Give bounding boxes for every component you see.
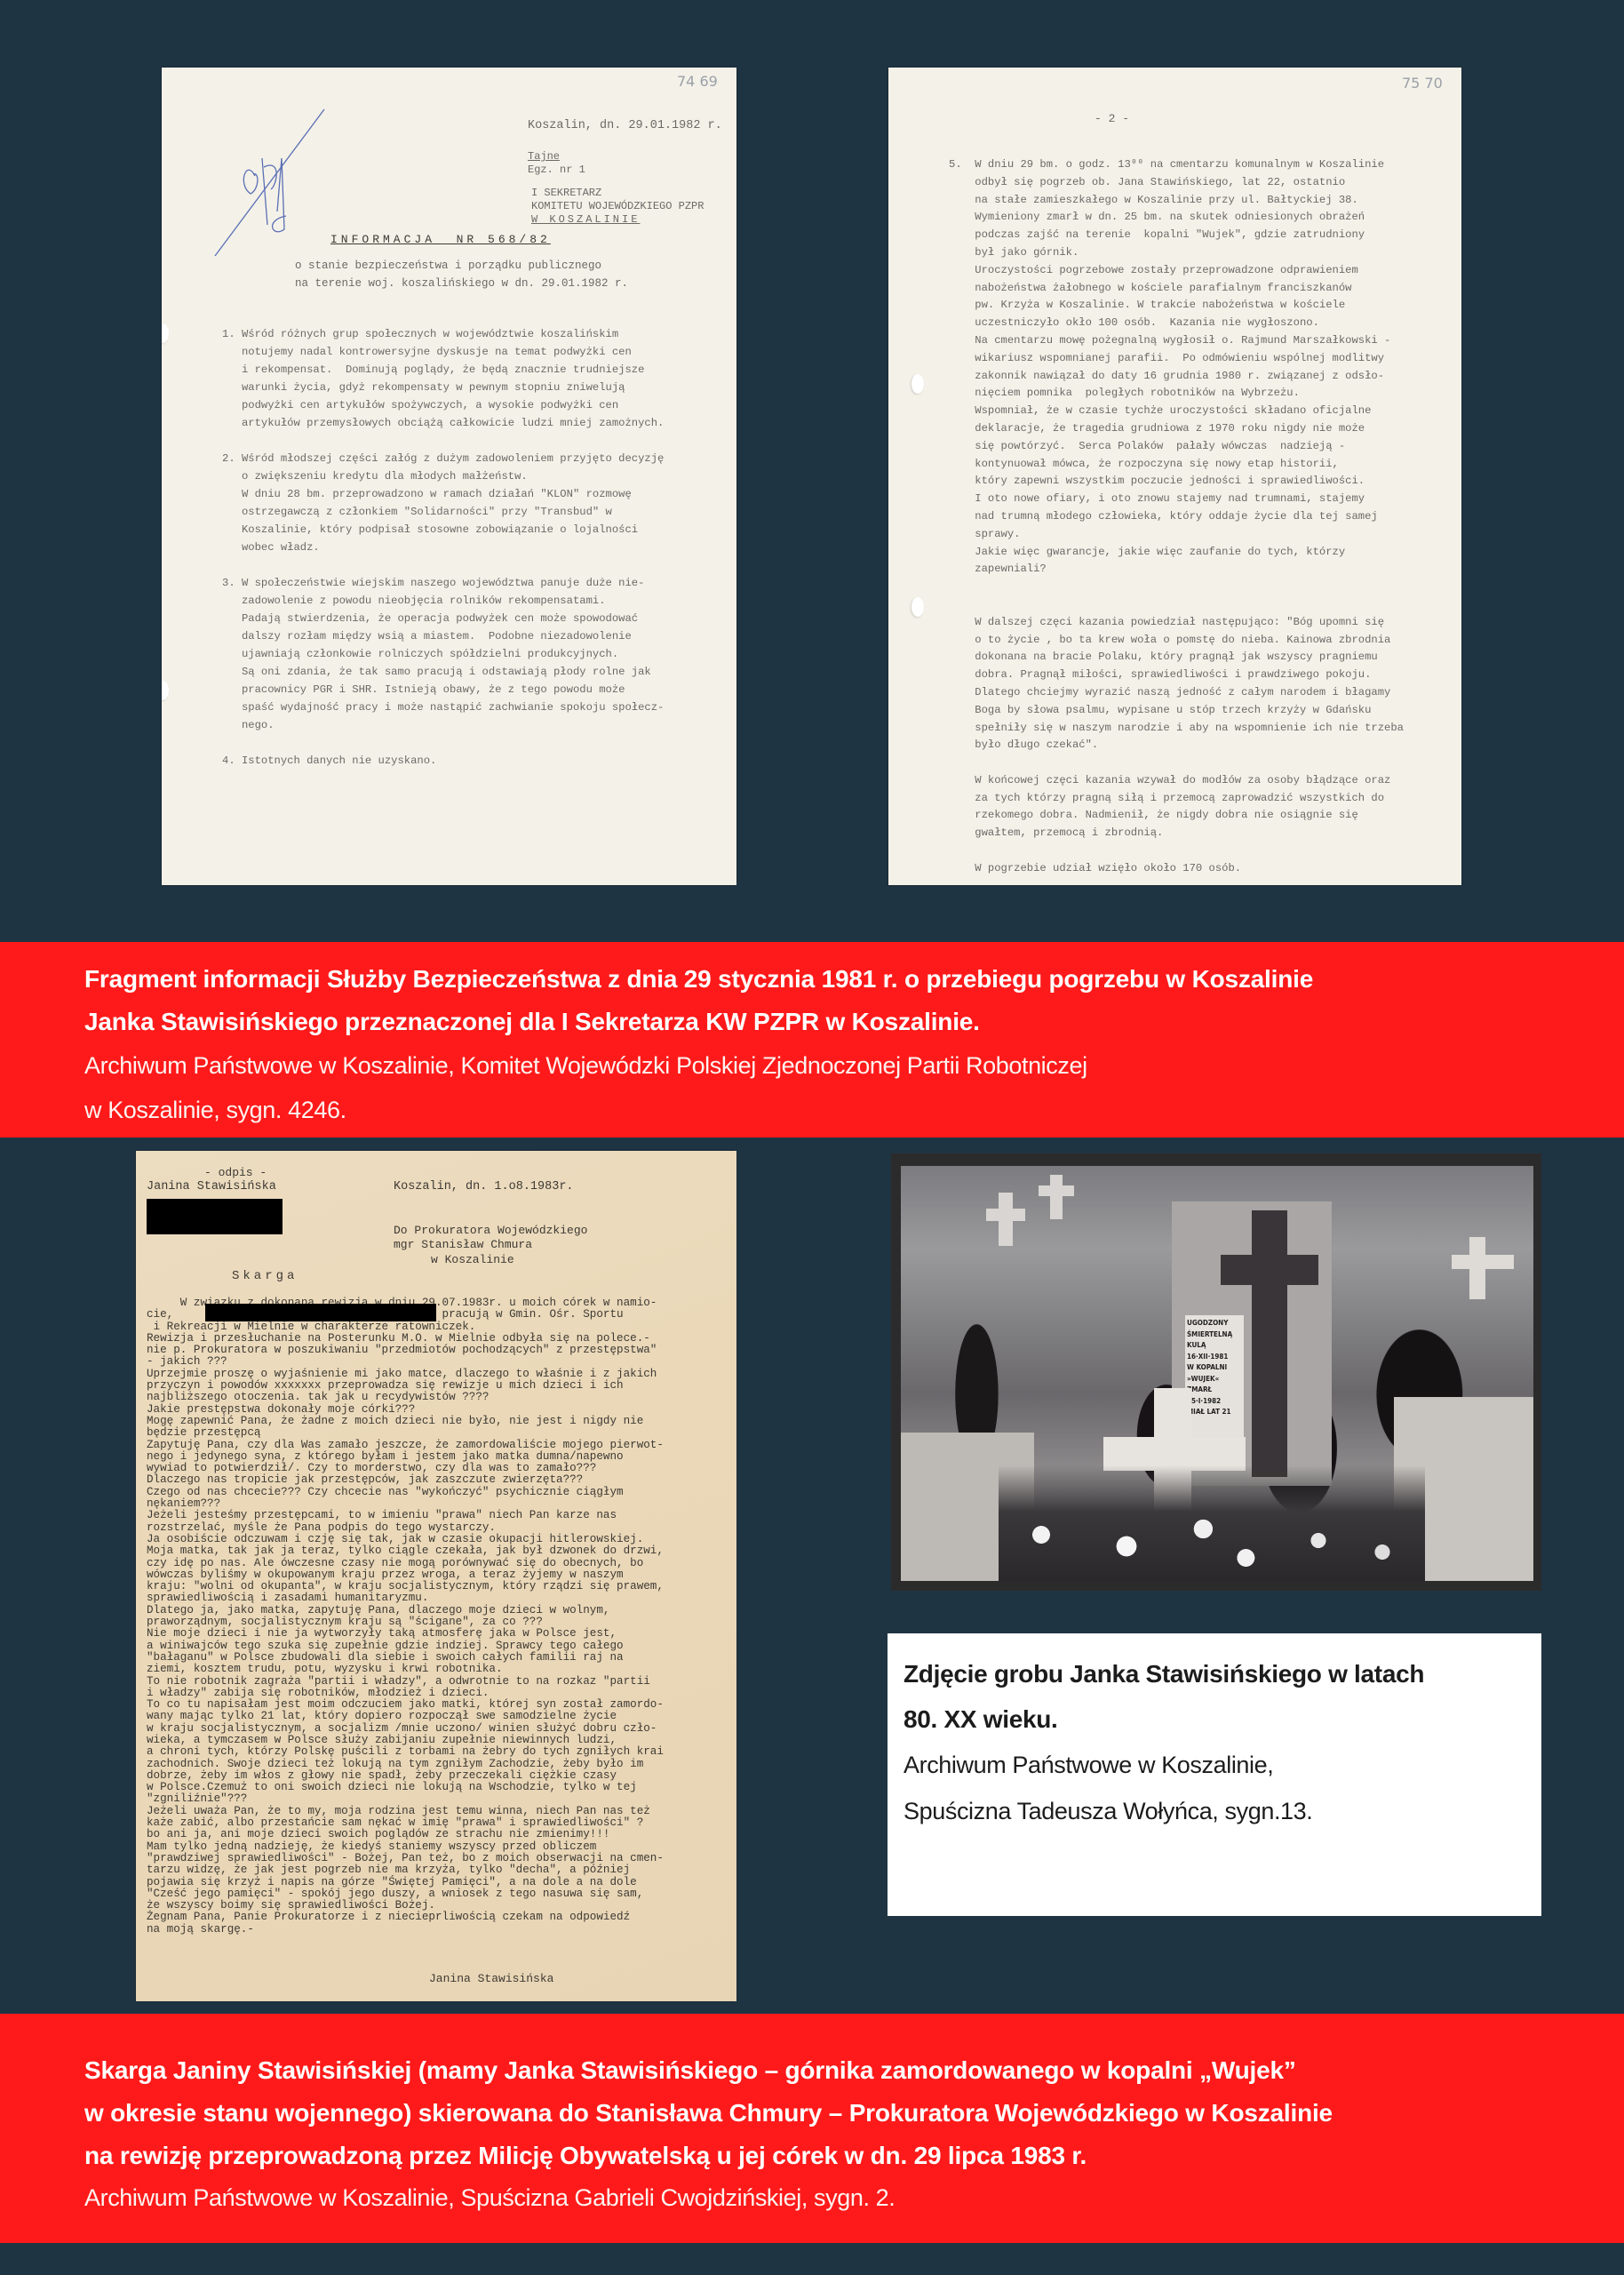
caption-title-line: Janka Stawisińskiego przeznaczonej dla I… (84, 1001, 1624, 1043)
letter-title: Skarga (232, 1269, 298, 1283)
caption-title-line: na rewizję przeprowadzoną przez Milicję … (84, 2135, 1624, 2177)
sender-name: Janina Stawisińska (147, 1180, 276, 1193)
copy-marker: - odpis - (204, 1166, 267, 1179)
caption-band-sb-report: Fragment informacji Służby Bezpieczeństw… (0, 942, 1624, 1137)
caption-title-line: 80. XX wieku. (904, 1696, 1541, 1742)
caption-source-line: w Koszalinie, sygn. 4246. (84, 1088, 1624, 1132)
document-sb-report-page-2: 75 70 - 2 - 5. W dniu 29 bm. o godz. 13⁰… (888, 68, 1461, 885)
cross-icon (1252, 1210, 1287, 1477)
classification-label: Tajne (528, 150, 560, 163)
document-sb-report-page-1: 74 69 Koszalin, dn. 29.01.1982 r. Tajne … (162, 68, 736, 885)
flowers (999, 1465, 1425, 1581)
caption-box-grave-photo: Zdjęcie grobu Janka Stawisińskiego w lat… (888, 1633, 1541, 1916)
caption-title-line: Zdjęcie grobu Janka Stawisińskiego w lat… (904, 1651, 1541, 1696)
recipient-line: Do Prokuratora Wojewódzkiego (394, 1224, 587, 1237)
letter-date: Koszalin, dn. 1.o8.1983r. (394, 1180, 574, 1193)
archive-page-number: 74 69 (677, 73, 718, 90)
caption-title-line: Skarga Janiny Stawisińskiej (mamy Janka … (84, 2049, 1624, 2092)
document-title: INFORMACJA NR 568/82 (330, 233, 551, 246)
document-subtitle: o stanie bezpieczeństwa i porządku publi… (295, 259, 601, 272)
redaction-bar (147, 1199, 283, 1234)
document-date: Koszalin, dn. 29.01.1982 r. (528, 119, 722, 132)
punch-hole (162, 681, 169, 700)
caption-source-line: Archiwum Państwowe w Koszalinie, Komitet… (84, 1043, 1624, 1088)
caption-source-line: Spuścizna Tadeusza Wołyńca, sygn.13. (904, 1788, 1541, 1834)
copy-number: Egz. nr 1 (528, 164, 585, 176)
cross-icon (1452, 1255, 1514, 1269)
recipient-line: w Koszalinie (431, 1253, 514, 1266)
punch-hole (162, 323, 169, 343)
letter-body: W związku z dokonaną rewizją w dniu 29.0… (147, 1297, 664, 1936)
cross-icon (1221, 1255, 1318, 1285)
cross-icon (986, 1209, 1025, 1221)
document-body: 1. Wśród różnych grup społecznych w woje… (222, 325, 664, 770)
punch-hole (912, 374, 924, 394)
document-complaint-letter: - odpis - Janina Stawisińska Koszalin, d… (136, 1151, 736, 2001)
punch-hole (912, 597, 924, 617)
caption-source-line: Archiwum Państwowe w Koszalinie, (904, 1742, 1541, 1788)
signature: Janina Stawisińska (429, 1972, 553, 1985)
redaction-bar (205, 1304, 436, 1321)
caption-source-line: Archiwum Państwowe w Koszalinie, Spuściz… (84, 2177, 1624, 2218)
grave-photo-frame: UGODZONY ŚMIERTELNĄ KULĄ 16·XII·1981 W K… (891, 1153, 1541, 1591)
document-body: 5. W dniu 29 bm. o godz. 13⁰⁰ na cmentar… (949, 156, 1404, 878)
caption-band-complaint: Skarga Janiny Stawisińskiej (mamy Janka … (0, 2014, 1624, 2243)
archive-page-number: 75 70 (1402, 75, 1443, 92)
handwritten-annotation-icon (211, 105, 326, 256)
document-subtitle: na terenie woj. koszalińskiego w dn. 29.… (295, 277, 628, 290)
caption-title-line: w okresie stanu wojennego) skierowana do… (84, 2092, 1624, 2135)
page-marker: - 2 - (1095, 112, 1129, 125)
grave-photo: UGODZONY ŚMIERTELNĄ KULĄ 16·XII·1981 W K… (901, 1166, 1533, 1581)
recipient-line: KOMITETU WOJEWÓDZKIEGO PZPR (531, 200, 704, 212)
recipient-line: mgr Stanisław Chmura (394, 1238, 532, 1251)
cross-icon (1039, 1185, 1074, 1196)
recipient-line: W KOSZALINIE (531, 213, 640, 226)
cross-icon (1050, 1175, 1063, 1219)
caption-title-line: Fragment informacji Służby Bezpieczeństw… (84, 958, 1624, 1001)
recipient-line: I SEKRETARZ (531, 187, 601, 199)
